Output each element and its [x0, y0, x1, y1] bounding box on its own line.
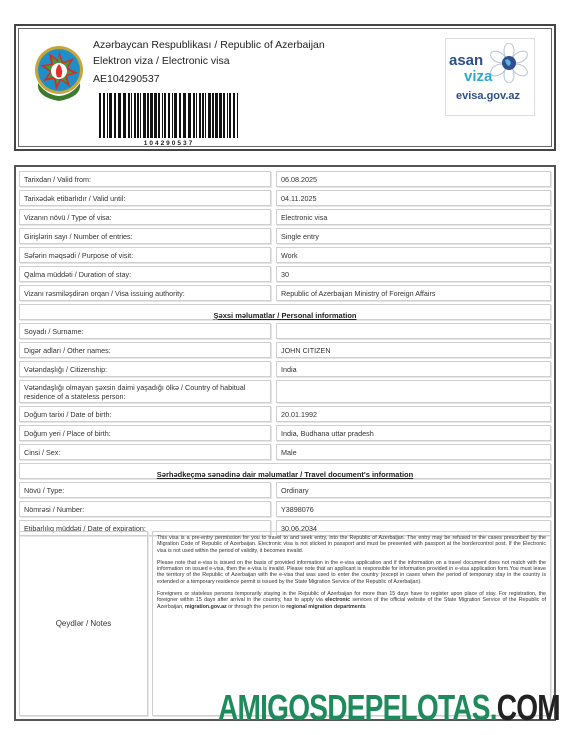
coat-of-arms-icon	[32, 43, 86, 103]
field-label: Səfərin məqsədi / Purpose of visit:	[19, 247, 271, 263]
field-value: India, Budhana uttar pradesh	[276, 425, 551, 441]
field-value: Ordinary	[276, 482, 551, 498]
field-label: Nömrəsi / Number:	[19, 501, 271, 517]
barcode-number: 104290537	[99, 140, 239, 147]
table-row: Girişlərin sayı / Number of entries:Sing…	[19, 228, 551, 244]
table-row: Vətəndaşlığı olmayan şəxsin daimi yaşadı…	[19, 380, 551, 403]
field-value: JOHN CITIZEN	[276, 342, 551, 358]
field-label: Digər adları / Other names:	[19, 342, 271, 358]
table-row: Qalma müddəti / Duration of stay:30	[19, 266, 551, 282]
notes-paragraph-1: This visa is a pre-entry permission for …	[157, 535, 546, 554]
table-row: Vizanın növü / Type of visa:Electronic v…	[19, 209, 551, 225]
field-label: Növü / Type:	[19, 482, 271, 498]
barcode	[99, 93, 239, 138]
document-type-title: Elektron viza / Electronic visa	[93, 55, 230, 67]
field-value: Male	[276, 444, 551, 460]
notes-label: Qeydlər / Notes	[19, 531, 148, 716]
field-label: Tarixədək etibarlıdır / Valid until:	[19, 190, 271, 206]
field-label: Doğum yeri / Place of birth:	[19, 425, 271, 441]
section-title: Sərhədkeçmə sənədinə dair məlumatlar / T…	[157, 470, 413, 479]
table-row: Növü / Type:Ordinary	[19, 482, 551, 498]
field-value: Electronic visa	[276, 209, 551, 225]
field-label: Tarixdan / Valid from:	[19, 171, 271, 187]
table-row: Vizanı rəsmiləşdirən orqan / Visa issuin…	[19, 285, 551, 301]
field-label: Doğum tarixi / Date of birth:	[19, 406, 271, 422]
section-personal-information: Şəxsi məlumatlar / Personal information	[19, 304, 551, 320]
field-label: Vətəndaşlığı olmayan şəxsin daimi yaşadı…	[19, 380, 271, 403]
field-value: 20.01.1992	[276, 406, 551, 422]
field-value: Work	[276, 247, 551, 263]
globe-flower-icon	[490, 43, 528, 83]
notes-paragraph-2: Please note that e-visa is issued on the…	[157, 560, 546, 585]
field-value	[276, 380, 551, 403]
table-row: Tarixdan / Valid from:06.08.2025	[19, 171, 551, 187]
asan-viza-logo: asan viza evisa.gov.az	[445, 38, 535, 116]
table-row: Səfərin məqsədi / Purpose of visit:Work	[19, 247, 551, 263]
table-row: Nömrəsi / Number:Y3898076	[19, 501, 551, 517]
table-row: Cinsi / Sex:Male	[19, 444, 551, 460]
field-label: Vizanın növü / Type of visa:	[19, 209, 271, 225]
logo-viza: viza	[464, 68, 492, 85]
field-label: Girişlərin sayı / Number of entries:	[19, 228, 271, 244]
table-row: Tarixədək etibarlıdır / Valid until:04.1…	[19, 190, 551, 206]
watermark: AMIGOSDEPELOTAS.COM	[218, 690, 560, 726]
table-row: Vətəndaşlığı / Citizenship:India	[19, 361, 551, 377]
field-value: 06.08.2025	[276, 171, 551, 187]
visa-id: AE104290537	[93, 73, 160, 85]
field-value: 04.11.2025	[276, 190, 551, 206]
field-value: Y3898076	[276, 501, 551, 517]
field-value	[276, 323, 551, 339]
country-title: Azərbaycan Respublikası / Republic of Az…	[93, 39, 325, 51]
logo-website: evisa.gov.az	[456, 90, 520, 102]
field-label: Soyadı / Surname:	[19, 323, 271, 339]
section-travel-document: Sərhədkeçmə sənədinə dair məlumatlar / T…	[19, 463, 551, 479]
visa-header: Azərbaycan Respublikası / Republic of Az…	[14, 24, 556, 151]
table-row: Doğum yeri / Place of birth:India, Budha…	[19, 425, 551, 441]
table-row: Soyadı / Surname:	[19, 323, 551, 339]
field-label: Qalma müddəti / Duration of stay:	[19, 266, 271, 282]
table-row: Digər adları / Other names:JOHN CITIZEN	[19, 342, 551, 358]
table-row: Doğum tarixi / Date of birth:20.01.1992	[19, 406, 551, 422]
field-value: Single entry	[276, 228, 551, 244]
logo-asan: asan	[449, 52, 483, 69]
field-value: India	[276, 361, 551, 377]
field-value: 30	[276, 266, 551, 282]
field-value: Republic of Azerbaijan Ministry of Forei…	[276, 285, 551, 301]
field-label: Cinsi / Sex:	[19, 444, 271, 460]
field-label: Vizanı rəsmiləşdirən orqan / Visa issuin…	[19, 285, 271, 301]
section-title: Şəxsi məlumatlar / Personal information	[214, 311, 357, 320]
visa-header-inner: Azərbaycan Respublikası / Republic of Az…	[18, 28, 552, 147]
visa-details-table: Tarixdan / Valid from:06.08.2025Tarixədə…	[14, 165, 556, 721]
notes-paragraph-3: Foreigners or stateless persons temporar…	[157, 591, 546, 610]
field-label: Vətəndaşlığı / Citizenship:	[19, 361, 271, 377]
